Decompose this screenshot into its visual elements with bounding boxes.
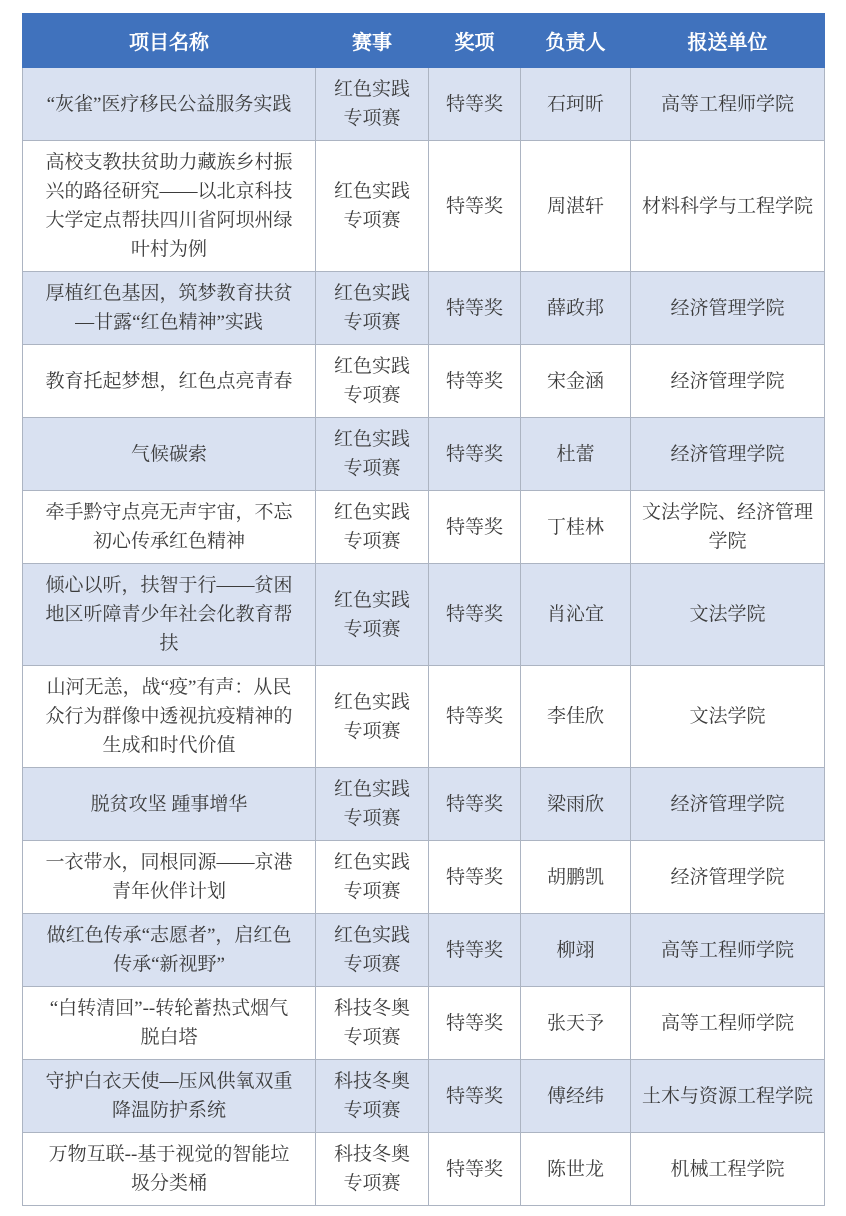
table-row: 教育托起梦想，红色点亮青春 红色实践专项赛 特等奖 宋金涵 经济管理学院	[23, 345, 825, 418]
leader-cell: 李佳欣	[521, 666, 631, 768]
awards-table: 项目名称 赛事 奖项 负责人 报送单位 “灰雀”医疗移民公益服务实践 红色实践专…	[22, 13, 825, 1206]
leader-cell: 杜蕾	[521, 418, 631, 491]
competition-cell: 科技冬奥专项赛	[316, 1133, 429, 1206]
competition-cell: 红色实践专项赛	[316, 345, 429, 418]
unit-cell: 材料科学与工程学院	[631, 141, 825, 272]
table-row: 做红色传承“志愿者”，启红色传承“新视野” 红色实践专项赛 特等奖 柳翊 高等工…	[23, 914, 825, 987]
unit-cell: 文法学院	[631, 666, 825, 768]
table-row: 一衣带水，同根同源——京港青年伙伴计划 红色实践专项赛 特等奖 胡鹏凯 经济管理…	[23, 841, 825, 914]
award-cell: 特等奖	[429, 1060, 521, 1133]
competition-cell: 红色实践专项赛	[316, 768, 429, 841]
leader-cell: 石珂昕	[521, 68, 631, 141]
award-cell: 特等奖	[429, 768, 521, 841]
table-row: “灰雀”医疗移民公益服务实践 红色实践专项赛 特等奖 石珂昕 高等工程师学院	[23, 68, 825, 141]
unit-cell: 高等工程师学院	[631, 914, 825, 987]
leader-cell: 柳翊	[521, 914, 631, 987]
project-cell: “灰雀”医疗移民公益服务实践	[23, 68, 316, 141]
award-cell: 特等奖	[429, 841, 521, 914]
award-cell: 特等奖	[429, 418, 521, 491]
award-cell: 特等奖	[429, 272, 521, 345]
award-cell: 特等奖	[429, 987, 521, 1060]
award-cell: 特等奖	[429, 564, 521, 666]
unit-cell: 经济管理学院	[631, 768, 825, 841]
table-row: 脱贫攻坚 踵事增华 红色实践专项赛 特等奖 梁雨欣 经济管理学院	[23, 768, 825, 841]
project-cell: 万物互联--基于视觉的智能垃圾分类桶	[23, 1133, 316, 1206]
leader-cell: 丁桂林	[521, 491, 631, 564]
project-cell: 守护白衣天使—压风供氧双重降温防护系统	[23, 1060, 316, 1133]
unit-cell: 文法学院	[631, 564, 825, 666]
project-cell: “白转清回”--转轮蓄热式烟气脱白塔	[23, 987, 316, 1060]
award-cell: 特等奖	[429, 68, 521, 141]
project-cell: 山河无恙，战“疫”有声：从民众行为群像中透视抗疫精神的生成和时代价值	[23, 666, 316, 768]
unit-cell: 高等工程师学院	[631, 987, 825, 1060]
project-cell: 教育托起梦想，红色点亮青春	[23, 345, 316, 418]
project-cell: 高校支教扶贫助力藏族乡村振兴的路径研究——以北京科技大学定点帮扶四川省阿坝州绿叶…	[23, 141, 316, 272]
table-row: 万物互联--基于视觉的智能垃圾分类桶 科技冬奥专项赛 特等奖 陈世龙 机械工程学…	[23, 1133, 825, 1206]
award-cell: 特等奖	[429, 1133, 521, 1206]
leader-cell: 肖沁宜	[521, 564, 631, 666]
project-cell: 牵手黔守点亮无声宇宙，不忘初心传承红色精神	[23, 491, 316, 564]
leader-cell: 傅经纬	[521, 1060, 631, 1133]
award-cell: 特等奖	[429, 345, 521, 418]
competition-cell: 科技冬奥专项赛	[316, 1060, 429, 1133]
leader-cell: 张天予	[521, 987, 631, 1060]
unit-cell: 经济管理学院	[631, 272, 825, 345]
unit-cell: 机械工程学院	[631, 1133, 825, 1206]
table-row: 厚植红色基因，筑梦教育扶贫—甘露“红色精神”实践 红色实践专项赛 特等奖 薛政邦…	[23, 272, 825, 345]
leader-cell: 胡鹏凯	[521, 841, 631, 914]
leader-cell: 梁雨欣	[521, 768, 631, 841]
competition-cell: 红色实践专项赛	[316, 841, 429, 914]
project-cell: 做红色传承“志愿者”，启红色传承“新视野”	[23, 914, 316, 987]
project-cell: 厚植红色基因，筑梦教育扶贫—甘露“红色精神”实践	[23, 272, 316, 345]
competition-cell: 红色实践专项赛	[316, 68, 429, 141]
award-cell: 特等奖	[429, 666, 521, 768]
competition-cell: 红色实践专项赛	[316, 491, 429, 564]
table-row: 牵手黔守点亮无声宇宙，不忘初心传承红色精神 红色实践专项赛 特等奖 丁桂林 文法…	[23, 491, 825, 564]
project-cell: 一衣带水，同根同源——京港青年伙伴计划	[23, 841, 316, 914]
competition-cell: 红色实践专项赛	[316, 564, 429, 666]
table-row: 倾心以听，扶智于行——贫困地区听障青少年社会化教育帮扶 红色实践专项赛 特等奖 …	[23, 564, 825, 666]
competition-cell: 红色实践专项赛	[316, 141, 429, 272]
competition-cell: 红色实践专项赛	[316, 914, 429, 987]
competition-cell: 红色实践专项赛	[316, 272, 429, 345]
unit-cell: 高等工程师学院	[631, 68, 825, 141]
table-row: 高校支教扶贫助力藏族乡村振兴的路径研究——以北京科技大学定点帮扶四川省阿坝州绿叶…	[23, 141, 825, 272]
page: 项目名称 赛事 奖项 负责人 报送单位 “灰雀”医疗移民公益服务实践 红色实践专…	[0, 0, 846, 1216]
unit-cell: 文法学院、经济管理学院	[631, 491, 825, 564]
project-cell: 脱贫攻坚 踵事增华	[23, 768, 316, 841]
unit-cell: 经济管理学院	[631, 345, 825, 418]
header-unit: 报送单位	[631, 14, 825, 68]
table-header: 项目名称 赛事 奖项 负责人 报送单位	[23, 14, 825, 68]
leader-cell: 薛政邦	[521, 272, 631, 345]
header-competition: 赛事	[316, 14, 429, 68]
competition-cell: 科技冬奥专项赛	[316, 987, 429, 1060]
unit-cell: 土木与资源工程学院	[631, 1060, 825, 1133]
unit-cell: 经济管理学院	[631, 418, 825, 491]
leader-cell: 周湛轩	[521, 141, 631, 272]
header-leader: 负责人	[521, 14, 631, 68]
award-cell: 特等奖	[429, 914, 521, 987]
table-row: 守护白衣天使—压风供氧双重降温防护系统 科技冬奥专项赛 特等奖 傅经纬 土木与资…	[23, 1060, 825, 1133]
competition-cell: 红色实践专项赛	[316, 418, 429, 491]
table-row: 山河无恙，战“疫”有声：从民众行为群像中透视抗疫精神的生成和时代价值 红色实践专…	[23, 666, 825, 768]
project-cell: 倾心以听，扶智于行——贫困地区听障青少年社会化教育帮扶	[23, 564, 316, 666]
leader-cell: 陈世龙	[521, 1133, 631, 1206]
table-row: 气候碳索 红色实践专项赛 特等奖 杜蕾 经济管理学院	[23, 418, 825, 491]
competition-cell: 红色实践专项赛	[316, 666, 429, 768]
award-cell: 特等奖	[429, 491, 521, 564]
unit-cell: 经济管理学院	[631, 841, 825, 914]
table-row: “白转清回”--转轮蓄热式烟气脱白塔 科技冬奥专项赛 特等奖 张天予 高等工程师…	[23, 987, 825, 1060]
header-project: 项目名称	[23, 14, 316, 68]
leader-cell: 宋金涵	[521, 345, 631, 418]
table-body: “灰雀”医疗移民公益服务实践 红色实践专项赛 特等奖 石珂昕 高等工程师学院 高…	[23, 68, 825, 1206]
header-row: 项目名称 赛事 奖项 负责人 报送单位	[23, 14, 825, 68]
header-award: 奖项	[429, 14, 521, 68]
project-cell: 气候碳索	[23, 418, 316, 491]
award-cell: 特等奖	[429, 141, 521, 272]
